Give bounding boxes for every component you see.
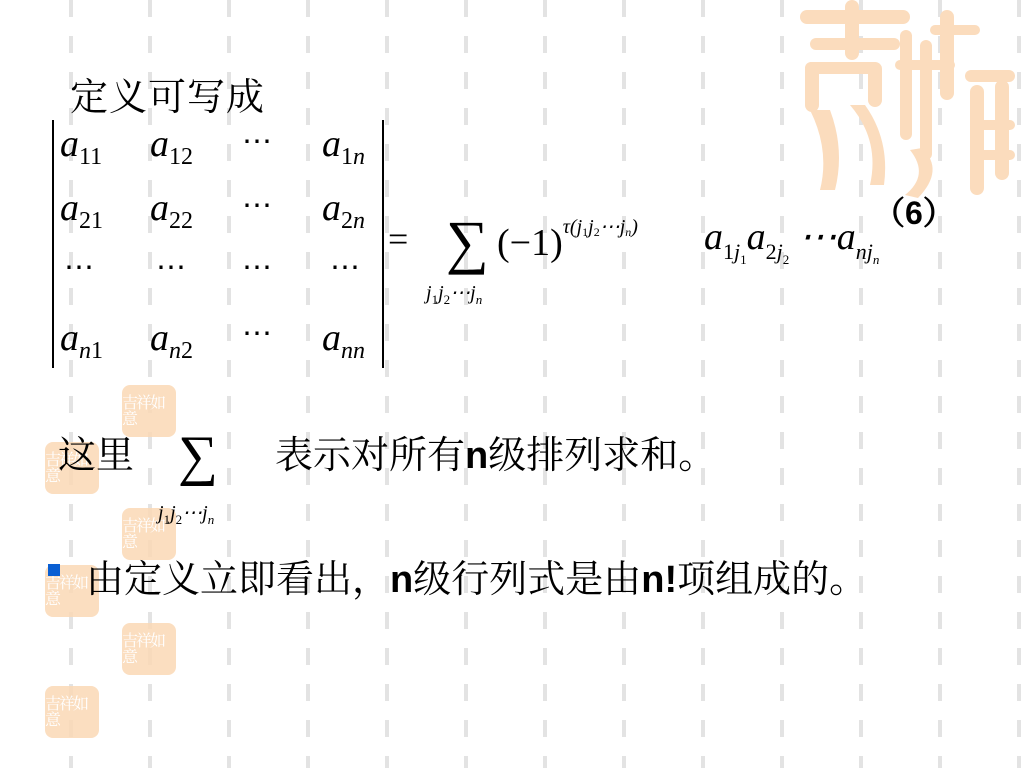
sigma-symbol: ∑: [178, 428, 218, 484]
bullet-text: 由定义立即看出，n级行列式是由n!项组成的。: [86, 548, 867, 603]
seal-stamp-icon: 吉祥如意: [45, 686, 99, 738]
matrix-entry: a12: [150, 122, 193, 171]
calligraphy-seal-icon: [790, 0, 1024, 200]
explanation-prefix: 这里: [58, 424, 134, 479]
bullet-icon: [48, 564, 60, 576]
matrix-entry: a21: [60, 186, 103, 235]
matrix-ellipsis: ⋯: [242, 124, 274, 159]
sigma-index: j1j2⋯jn: [158, 500, 214, 528]
sigma-index: j1j2⋯jn: [426, 280, 482, 308]
matrix-ellipsis: ⋯: [242, 188, 274, 223]
determinant-matrix: a11 a12 ⋯ a1n a21 a22 ⋯ a2n ⋯ ⋯ ⋯ ⋯ an1 …: [52, 120, 384, 368]
product-term: a1j1a2j2 ⋯anjn: [704, 214, 879, 268]
matrix-entry: a11: [60, 122, 102, 171]
explanation-text: 表示对所有n级排列求和。: [275, 424, 716, 479]
equals-sign: =: [388, 218, 408, 260]
matrix-entry: an2: [150, 316, 193, 365]
matrix-ellipsis: ⋯: [330, 250, 362, 285]
matrix-ellipsis: ⋯: [242, 316, 274, 351]
matrix-entry: a2n: [322, 186, 365, 235]
slide-title: 定义可写成: [70, 66, 265, 121]
matrix-entry: an1: [60, 316, 103, 365]
matrix-entry: a22: [150, 186, 193, 235]
matrix-ellipsis: ⋯: [64, 250, 96, 285]
seal-stamp-icon: 吉祥如意: [122, 623, 176, 675]
matrix-entry: a1n: [322, 122, 365, 171]
matrix-entry: ann: [322, 316, 365, 365]
sigma-symbol: ∑: [446, 212, 489, 272]
equation-number: （6）: [873, 188, 955, 234]
sign-term: (−1)τ(j1j2⋯jn): [497, 214, 638, 265]
matrix-ellipsis: ⋯: [156, 250, 188, 285]
matrix-ellipsis: ⋯: [242, 250, 274, 285]
